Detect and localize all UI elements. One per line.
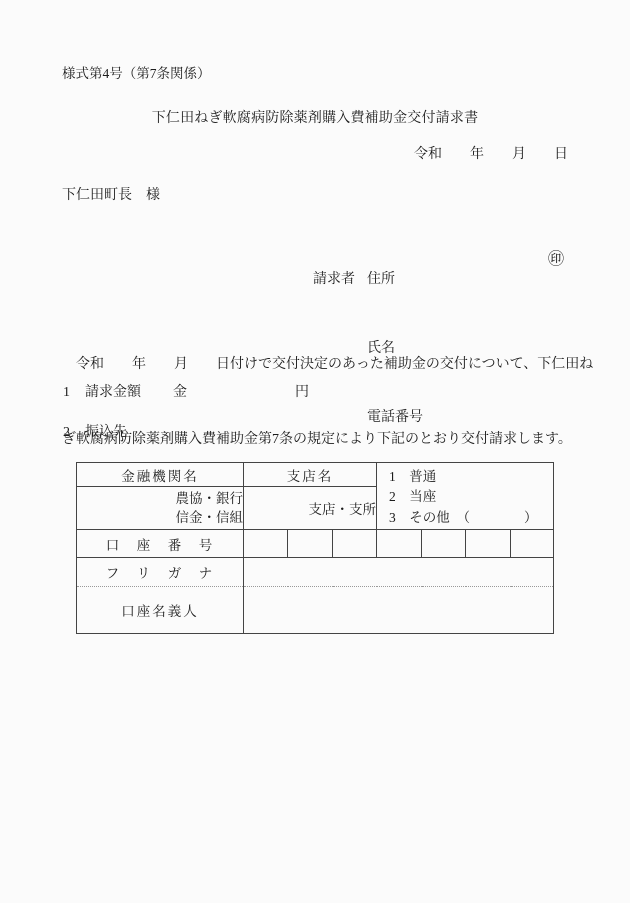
seal-mark-icon: ㊞: [548, 246, 564, 269]
furigana-label: フ リ ガ ナ: [77, 558, 244, 587]
account-holder-row: 口座名義人: [77, 587, 554, 634]
account-holder-label: 口座名義人: [77, 587, 244, 634]
document-title: 下仁田ねぎ軟腐病防除薬剤購入費補助金交付請求書: [0, 107, 630, 127]
account-number-box: [333, 530, 377, 558]
account-number-box: [422, 530, 466, 558]
account-type-option-ordinary: 1 普通: [377, 464, 553, 488]
institution-type-line-2: 信金・信組: [77, 508, 243, 527]
item-request-amount: 1請求金額金円: [63, 381, 309, 401]
account-type-option-current: 2 当座: [377, 487, 553, 508]
requester-address-row: 請求者住所: [313, 268, 423, 291]
bank-transfer-table: 金融機関名 支店名 1 普通 2 当座 3 その他 （ ） 農協・銀行 信金・信…: [76, 462, 554, 634]
account-number-label: 口 座 番 号: [77, 530, 244, 558]
requester-label: 請求者: [313, 272, 355, 287]
institution-type-line-1: 農協・銀行: [77, 489, 243, 508]
form-number: 様式第4号（第7条関係）: [62, 62, 211, 82]
table-header-row: 金融機関名 支店名 1 普通 2 当座 3 その他 （ ）: [77, 463, 554, 487]
account-number-box: [288, 530, 333, 558]
financial-institution-header: 金融機関名: [77, 463, 244, 487]
account-number-row: 口 座 番 号: [77, 530, 554, 558]
account-number-box: [466, 530, 511, 558]
addressee: 下仁田町長 様: [62, 184, 160, 204]
item1-label: 請求金額: [85, 385, 141, 400]
furigana-blank-cell: [244, 558, 554, 587]
account-type-options: 1 普通 2 当座 3 その他 （ ）: [377, 463, 554, 530]
item1-number: 1: [63, 385, 70, 400]
item2-label: 振込先: [85, 425, 127, 440]
branch-type-options: 支店・支所: [244, 487, 377, 530]
account-number-box: [377, 530, 422, 558]
address-label: 住所: [367, 272, 395, 287]
body-line-2: ぎ軟腐病防除薬剤購入費補助金第7条の規定により下記のとおり交付請求します。: [62, 427, 578, 452]
document-page: 様式第4号（第7条関係） 下仁田ねぎ軟腐病防除薬剤購入費補助金交付請求書 令和 …: [0, 0, 630, 903]
item2-number: 2: [63, 425, 70, 440]
date-line: 令和 年 月 日: [414, 143, 568, 163]
furigana-row: フ リ ガ ナ: [77, 558, 554, 587]
amount-suffix: 円: [295, 385, 309, 400]
amount-prefix: 金: [173, 385, 187, 400]
account-holder-blank-cell: [244, 587, 554, 634]
body-line-1: 令和 年 月 日付けで交付決定のあった補助金の交付について、下仁田ね: [62, 352, 578, 377]
institution-type-options: 農協・銀行 信金・信組: [77, 487, 244, 530]
item-transfer-destination: 2振込先: [63, 421, 127, 441]
account-number-box: [511, 530, 554, 558]
branch-name-header: 支店名: [244, 463, 377, 487]
account-type-option-other: 3 その他 （ ）: [377, 508, 553, 529]
account-number-box: [244, 530, 288, 558]
